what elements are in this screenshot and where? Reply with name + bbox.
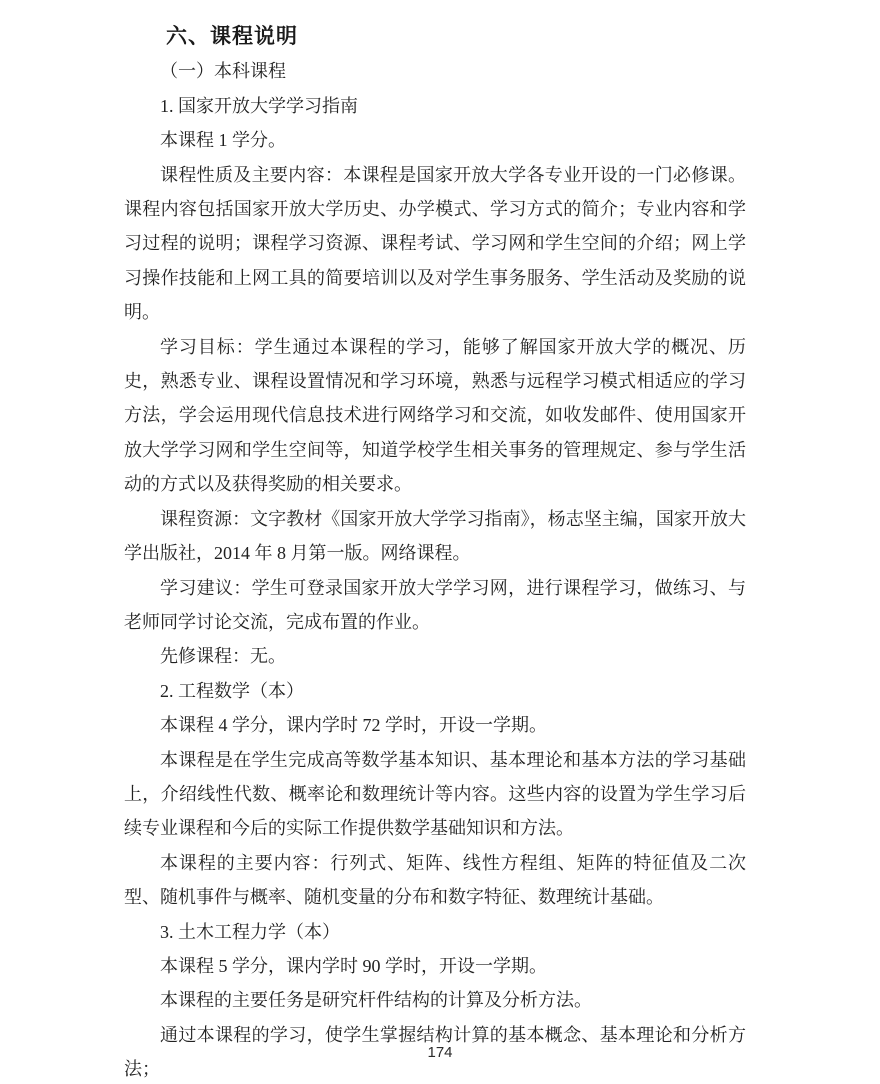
section-heading: 六、课程说明 — [124, 20, 746, 54]
course-2-main-content: 本课程的主要内容：行列式、矩阵、线性方程组、矩阵的特征值及二次型、随机事件与概率… — [124, 846, 746, 915]
course-1-resources: 课程资源：文字教材《国家开放大学学习指南》，杨志坚主编，国家开放大学出版社，20… — [124, 502, 746, 571]
document-content: 六、课程说明 （一）本科课程 1. 国家开放大学学习指南 本课程 1 学分。 课… — [124, 20, 746, 1084]
course-1-title: 1. 国家开放大学学习指南 — [124, 89, 746, 123]
course-1-learning-suggestions: 学习建议：学生可登录国家开放大学学习网，进行课程学习，做练习、与老师同学讨论交流… — [124, 571, 746, 640]
course-1-learning-objectives: 学习目标：学生通过本课程的学习，能够了解国家开放大学的概况、历史，熟悉专业、课程… — [124, 330, 746, 502]
subheading-undergraduate-courses: （一）本科课程 — [124, 54, 746, 88]
course-2-credits: 本课程 4 学分，课内学时 72 学时，开设一学期。 — [124, 708, 746, 742]
course-2-title: 2. 工程数学（本） — [124, 674, 746, 708]
course-2-overview: 本课程是在学生完成高等数学基本知识、基本理论和基本方法的学习基础上，介绍线性代数… — [124, 743, 746, 846]
document-page: 六、课程说明 （一）本科课程 1. 国家开放大学学习指南 本课程 1 学分。 课… — [0, 0, 880, 1084]
course-3-credits: 本课程 5 学分，课内学时 90 学时，开设一学期。 — [124, 949, 746, 983]
page-number: 174 — [427, 1044, 452, 1061]
course-1-nature-and-content: 课程性质及主要内容：本课程是国家开放大学各专业开设的一门必修课。课程内容包括国家… — [124, 158, 746, 330]
course-3-title: 3. 土木工程力学（本） — [124, 915, 746, 949]
course-1-prerequisites: 先修课程：无。 — [124, 639, 746, 673]
page-footer: 174 — [0, 1044, 880, 1062]
course-1-credits: 本课程 1 学分。 — [124, 123, 746, 157]
course-3-main-task: 本课程的主要任务是研究杆件结构的计算及分析方法。 — [124, 983, 746, 1017]
